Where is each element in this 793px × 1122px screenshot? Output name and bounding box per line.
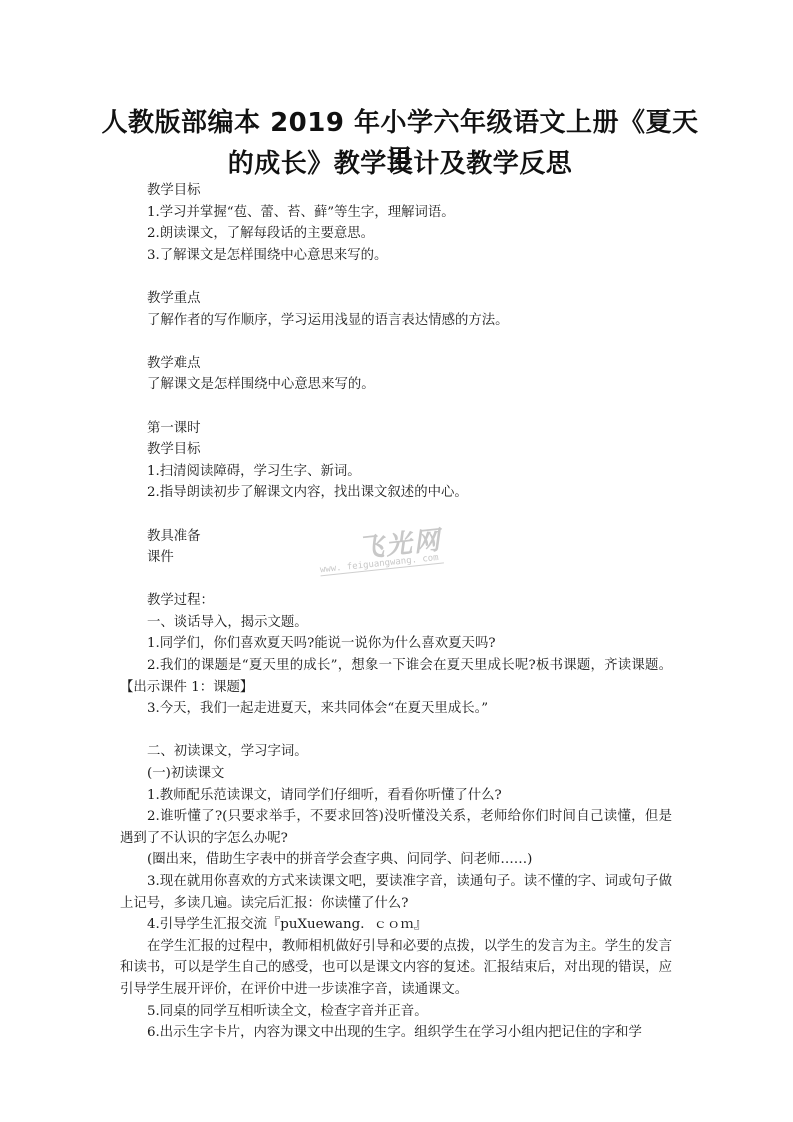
part2-item: 2.谁听懂了?(只要求举手，不要求回答)没听懂没关系，老师给你们时间自己读懂，但… (120, 806, 672, 849)
part1-item: 2.我们的课题是“夏天里的成长”，想象一下谁会在夏天里成长呢?板书课题，齐读课题… (120, 655, 672, 698)
difficulty-text: 了解课文是怎样围绕中心意思来写的。 (120, 374, 672, 396)
part2-paragraph: 在学生汇报的过程中，教师相机做好引导和必要的点拨，以学生的发言为主。学生的发言和… (120, 936, 672, 1001)
lesson1-goal-item: 1.扫清阅读障碍，学习生字、新词。 (120, 461, 672, 483)
part2-item: 4.引导学生汇报交流『puXuewang．ｃｏｍ』 (120, 914, 672, 936)
difficulty-heading: 教学难点 (120, 353, 672, 375)
lesson1-goals-heading: 教学目标 (120, 439, 672, 461)
part1-item: 1.同学们，你们喜欢夏天吗?能说一说你为什么喜欢夏天吗? (120, 633, 672, 655)
tools-text: 课件 (120, 547, 672, 569)
process-heading: 教学过程： (120, 590, 672, 612)
lesson1-heading: 第一课时 (120, 418, 672, 440)
part1-heading: 一、谈话导入，揭示文题。 (120, 612, 672, 634)
part2-item: 1.教师配乐范读课文，请同学们仔细听，看看你听懂了什么? (120, 785, 672, 807)
tools-heading: 教具准备 (120, 526, 672, 548)
spacer (120, 396, 672, 418)
spacer (120, 720, 672, 742)
spacer (120, 569, 672, 591)
spacer (120, 266, 672, 288)
key-heading: 教学重点 (120, 288, 672, 310)
spacer (120, 504, 672, 526)
part1-item: 3.今天，我们一起走进夏天，来共同体会“在夏天里成长。” (120, 698, 672, 720)
part2-item: (圈出来，借助生字表中的拼音学会查字典、问同学、问老师……) (120, 849, 672, 871)
goal-item: 2.朗读课文，了解每段话的主要意思。 (120, 223, 672, 245)
goal-item: 3.了解课文是怎样围绕中心意思来写的。 (120, 245, 672, 267)
goal-item: 1.学习并掌握“苞、蕾、苔、藓”等生字，理解词语。 (120, 202, 672, 224)
key-text: 了解作者的写作顺序，学习运用浅显的语言表达情感的方法。 (120, 310, 672, 332)
spacer (120, 331, 672, 353)
part2-item: 5.同桌的同学互相听读全文，检查字音并正音。 (120, 1001, 672, 1023)
lesson1-goal-item: 2.指导朗读初步了解课文内容，找出课文叙述的中心。 (120, 482, 672, 504)
part2-heading: 二、初读课文，学习字词。 (120, 741, 672, 763)
part2-item: 6.出示生字卡片，内容为课文中出现的生字。组织学生在学习小组内把记住的字和学 (120, 1022, 672, 1044)
part2-item: 3.现在就用你喜欢的方式来读课文吧，要读准字音，读通句子。读不懂的字、词或句子做… (120, 871, 672, 914)
goals-heading: 教学目标 (120, 180, 672, 202)
part2-subheading: (一)初读课文 (120, 763, 672, 785)
document-body: 教学目标 1.学习并掌握“苞、蕾、苔、藓”等生字，理解词语。 2.朗读课文，了解… (120, 180, 672, 1044)
document-title-line-2: 的成长》教学设计及教学反思 (100, 143, 700, 180)
